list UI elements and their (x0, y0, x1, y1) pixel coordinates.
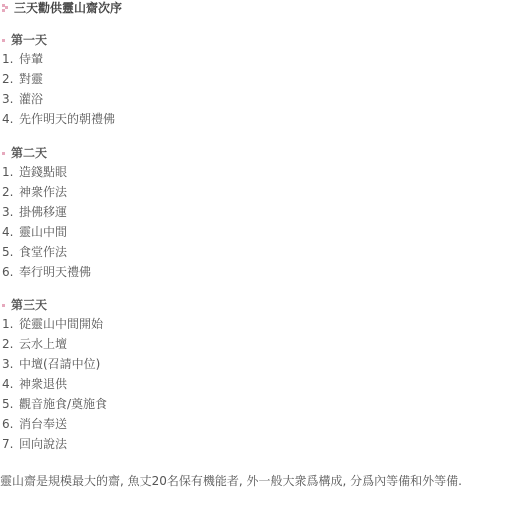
list-item: 7.回向說法 (2, 434, 107, 454)
list-item: 2.云水上壇 (2, 334, 107, 354)
day-1-header-text: 第一天 (11, 32, 47, 49)
day-2-section: 第二天 1.造錢點眼 2.神衆作法 3.掛佛移運 4.靈山中間 5.食堂作法 6… (2, 145, 91, 282)
title-text: 三天勸供靈山齋次序 (14, 0, 122, 16)
day-1-header: 第一天 (2, 32, 115, 49)
list-item: 3.中壇(召請中位) (2, 354, 107, 374)
day-3-section: 第三天 1.從靈山中間開始 2.云水上壇 3.中壇(召請中位) 4.神衆退供 5… (2, 297, 107, 454)
list-item: 3.灌浴 (2, 89, 115, 109)
list-item: 1.造錢點眼 (2, 162, 91, 182)
day-1-section: 第一天 1.侍輦 2.對靈 3.灌浴 4.先作明天的朝禮佛 (2, 32, 115, 129)
list-item: 4.先作明天的朝禮佛 (2, 109, 115, 129)
list-item: 6.消台奉送 (2, 414, 107, 434)
bullet-icon (2, 39, 5, 42)
day-2-header: 第二天 (2, 145, 91, 162)
list-item: 2.神衆作法 (2, 182, 91, 202)
list-item: 4.神衆退供 (2, 374, 107, 394)
document-title: 三天勸供靈山齋次序 (2, 0, 122, 16)
list-item: 3.掛佛移運 (2, 202, 91, 222)
bullet-icon (2, 304, 5, 307)
list-item: 6.奉行明天禮佛 (2, 262, 91, 282)
list-item: 2.對靈 (2, 69, 115, 89)
list-item: 1.侍輦 (2, 49, 115, 69)
title-bullet-icon (2, 4, 8, 12)
day-3-header-text: 第三天 (11, 297, 47, 314)
day-3-header: 第三天 (2, 297, 107, 314)
day-2-header-text: 第二天 (11, 145, 47, 162)
bullet-icon (2, 152, 5, 155)
description-paragraph: 靈山齋是規模最大的齋, 魚丈20名保有機能者, 外一般大衆爲構成, 分爲內等備和… (0, 472, 462, 490)
list-item: 4.靈山中間 (2, 222, 91, 242)
list-item: 1.從靈山中間開始 (2, 314, 107, 334)
list-item: 5.觀音施食/奠施食 (2, 394, 107, 414)
list-item: 5.食堂作法 (2, 242, 91, 262)
